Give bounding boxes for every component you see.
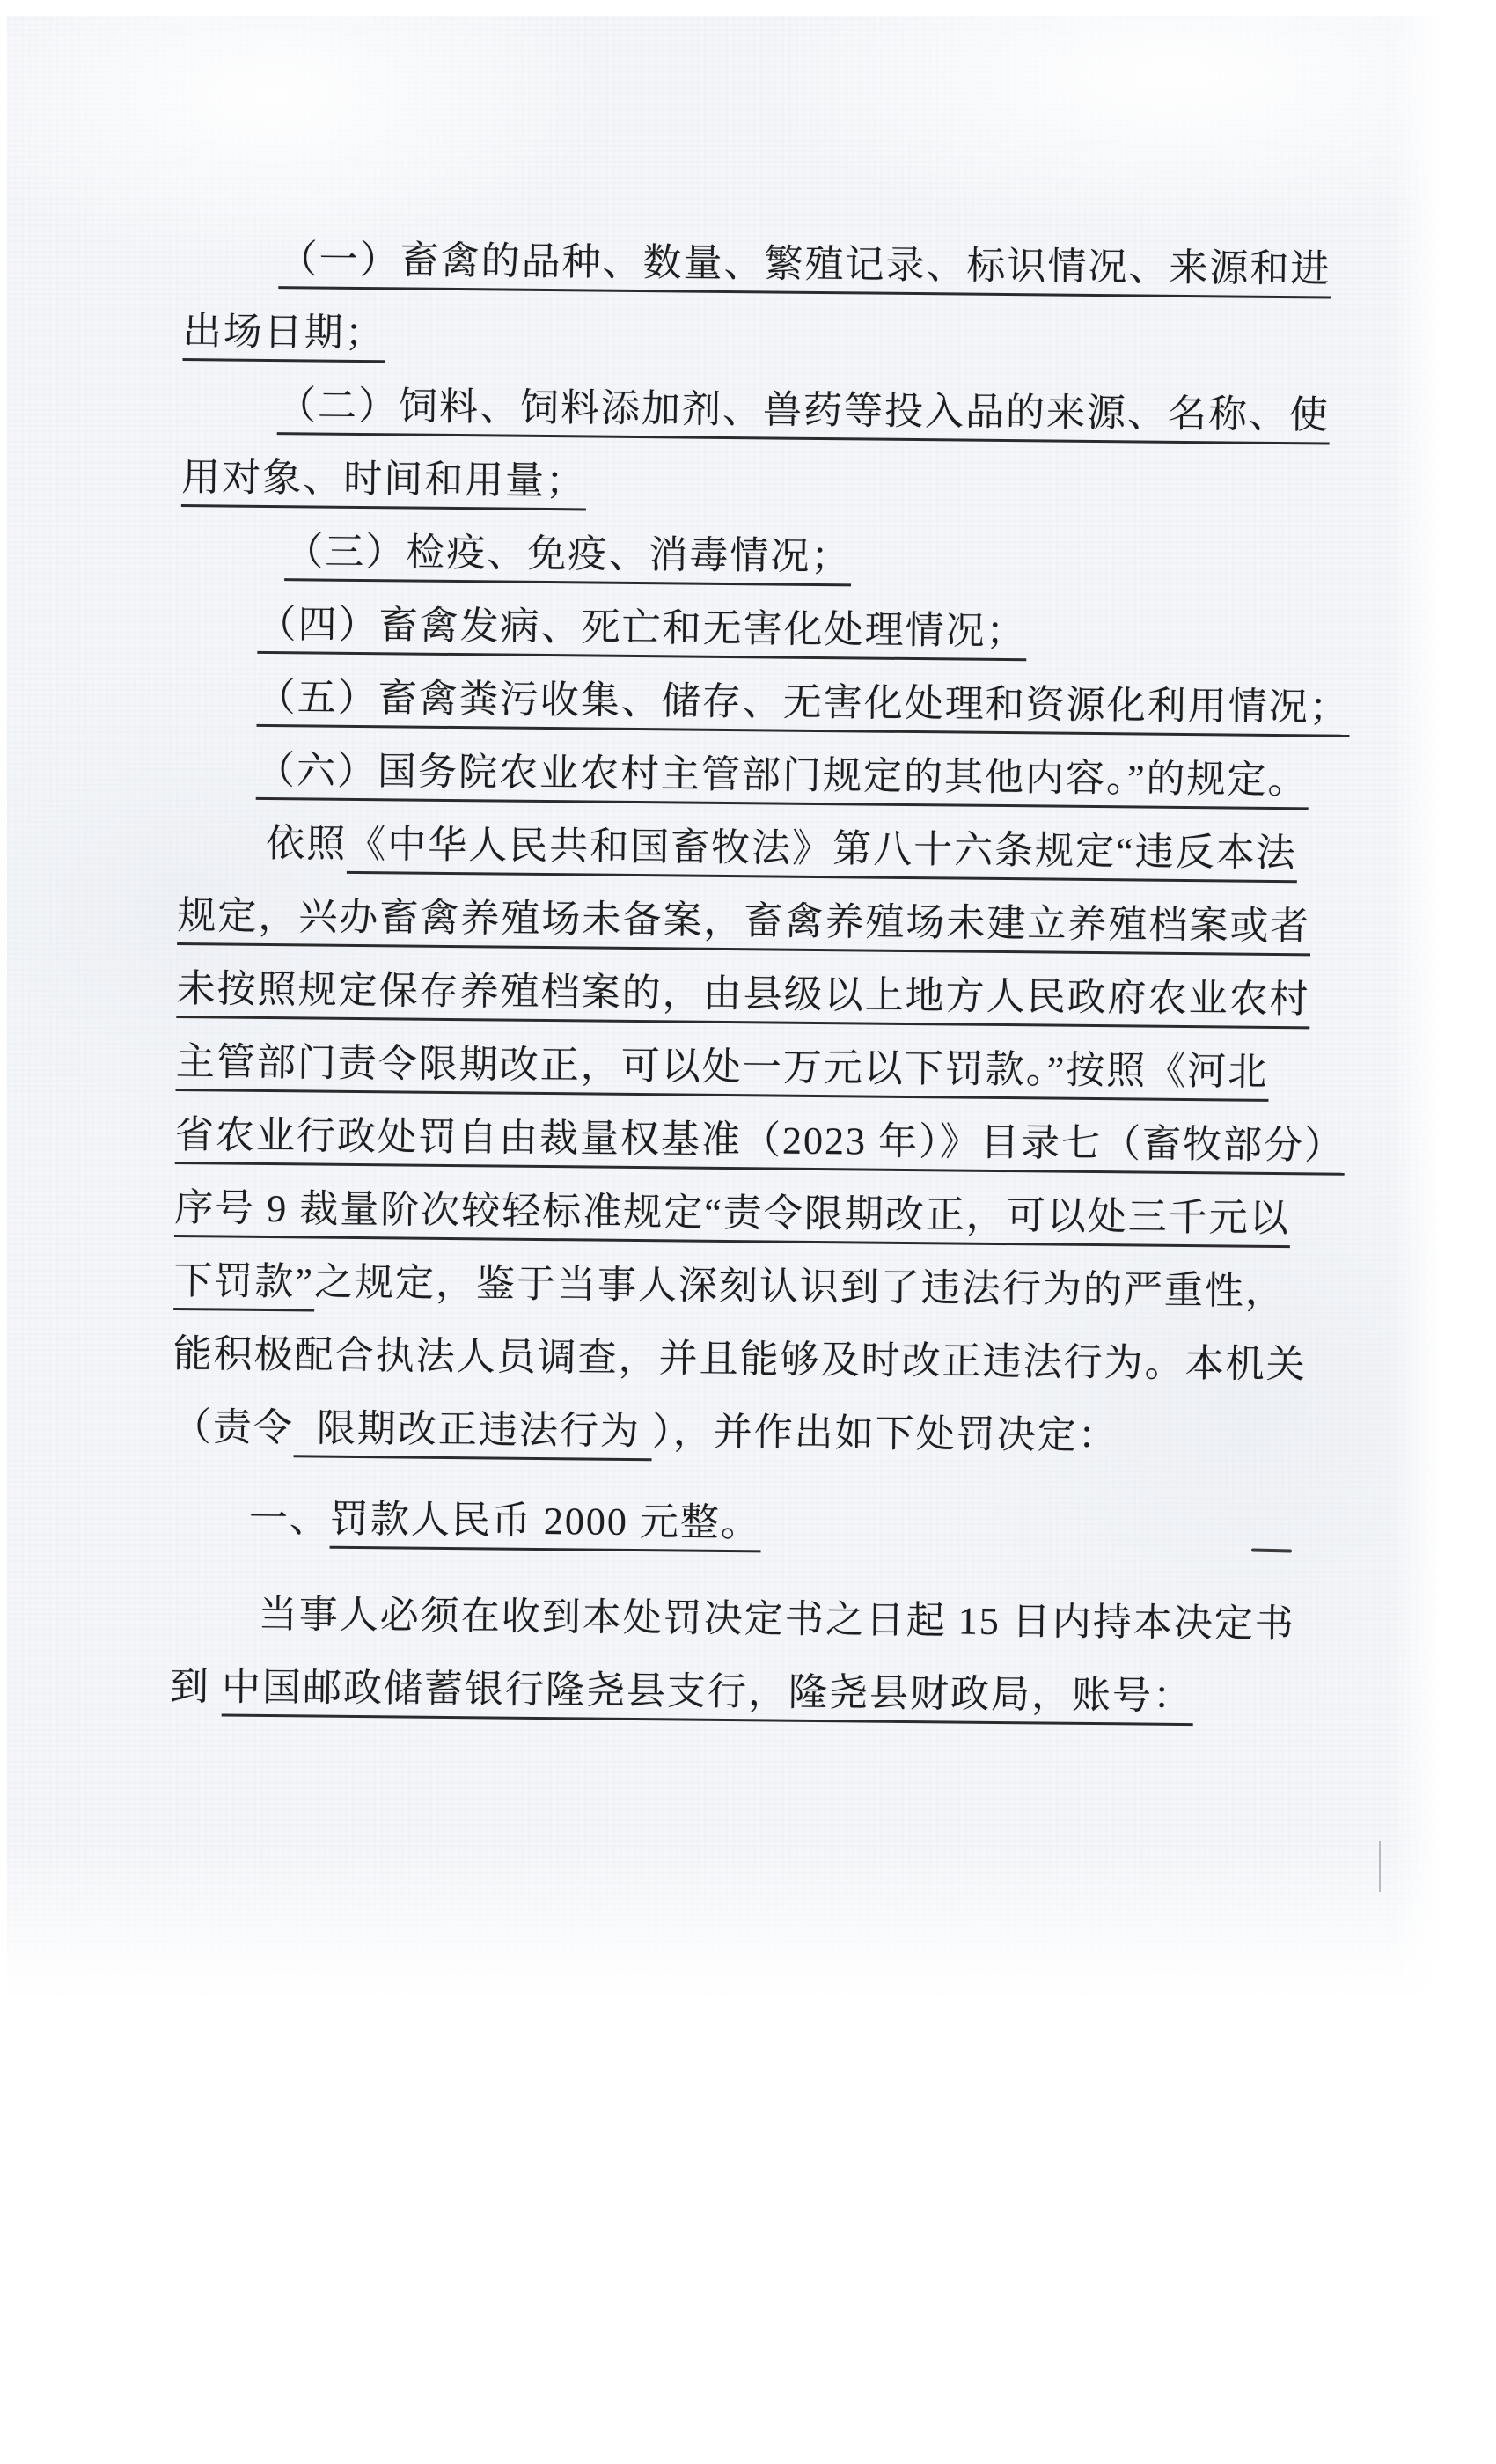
underlined-text-segment: （一）畜禽的品种、数量、繁殖记录、标识情况、来源和进 <box>278 238 1331 298</box>
underlined-text-segment: 《中华人民共和国畜牧法》第八十六条规定“违反本法 <box>347 823 1297 883</box>
text-segment: ），并作出如下处罚决定： <box>652 1410 1118 1457</box>
doc-line-4: 用对象、时间和用量； <box>181 441 1349 525</box>
document-text: （一）畜禽的品种、数量、繁殖记录、标识情况、来源和进出场日期；（二）饲料、饲料添… <box>166 222 1351 1734</box>
text-segment: 之规定，鉴于当事人深刻认识到了违法行为的严重性， <box>314 1261 1286 1314</box>
doc-line-20: 到 中国邮政储蓄银行隆尧县支行，隆尧县财政局，账号： <box>170 1650 1338 1734</box>
doc-line-19: 当事人必须在收到本处罚决定书之日起 15 日内持本决定书 <box>258 1578 1338 1661</box>
text-segment: 一、 <box>249 1497 330 1541</box>
doc-line-12: 主管部门责令限期改正，可以处一万元以下罚款。”按照《河北 <box>175 1025 1343 1110</box>
doc-line-13: 省农业行政处罚自由裁量权基准（2023 年）》目录七（畜牧部分） <box>175 1098 1343 1183</box>
underlined-text-segment: 中国邮政储蓄银行隆尧县支行，隆尧县财政局，账号： <box>222 1666 1194 1727</box>
underlined-text-segment: 下罚款” <box>173 1259 314 1312</box>
doc-line-17: （责令 限期改正违法行为 ），并作出如下处罚决定： <box>172 1390 1339 1475</box>
scan-artifact-line <box>1379 1841 1381 1892</box>
underlined-text-segment: 未按照规定保存养殖档案的，由县级以上地方人民政府农业农村 <box>176 967 1309 1029</box>
underlined-text-segment: 省农业行政处罚自由裁量权基准（2023 年）》目录七（畜牧部分） <box>175 1113 1345 1176</box>
doc-line-5: （三）检疫、免疫、消毒情况； <box>284 515 1348 598</box>
underlined-text-segment: 用对象、时间和用量； <box>181 456 587 510</box>
underlined-text-segment: 限期改正违法行为 <box>294 1406 653 1461</box>
doc-line-18: 一、罚款人民币 2000 元整。 <box>248 1482 1338 1566</box>
doc-line-3: （二）饲料、饲料添加剂、兽药等投入品的来源、名称、使 <box>277 369 1350 452</box>
doc-line-1: （一）畜禽的品种、数量、繁殖记录、标识情况、来源和进 <box>278 223 1351 306</box>
underlined-text-segment: （二）饲料、饲料添加剂、兽药等投入品的来源、名称、使 <box>277 384 1331 444</box>
doc-line-11: 未按照规定保存养殖档案的，由县级以上地方人民政府农业农村 <box>176 952 1344 1037</box>
doc-line-7: （五）畜禽粪污收集、储存、无害化处理和资源化利用情况； <box>256 661 1346 744</box>
underlined-text-segment: 主管部门责令限期改正，可以处一万元以下罚款。”按照《河北 <box>176 1040 1269 1102</box>
underlined-text-segment: （五）畜禽粪污收集、储存、无害化处理和资源化利用情况； <box>256 676 1349 737</box>
doc-line-2: 出场日期； <box>182 295 1350 379</box>
underlined-text-segment: 序号 9 裁量阶次较轻标准规定“责令限期改正，可以处三千元以 <box>174 1186 1290 1248</box>
text-segment: （责令 <box>172 1405 294 1449</box>
underlined-text-segment: （四）畜禽发病、死亡和无害化处理情况； <box>257 603 1027 661</box>
doc-line-8: （六）国务院农业农村主管部门规定的其他内容。”的规定。 <box>256 734 1346 818</box>
underlined-text-segment: 出场日期； <box>182 310 385 363</box>
doc-line-16: 能积极配合执法人员调查，并且能够及时改正违法行为。本机关 <box>172 1317 1340 1402</box>
doc-line-9: 依照《中华人民共和国畜牧法》第八十六条规定“违反本法 <box>266 807 1346 891</box>
text-segment: 到 <box>170 1665 222 1709</box>
underlined-text-segment: 罚款人民币 2000 元整。 <box>330 1498 762 1553</box>
underlined-text-segment: （三）检疫、免疫、消毒情况； <box>284 530 852 586</box>
underlined-text-segment: 规定，兴办畜禽养殖场未备案，畜禽养殖场未建立养殖档案或者 <box>177 894 1310 956</box>
text-segment: 依照 <box>266 822 347 866</box>
text-segment: 能积极配合执法人员调查，并且能够及时改正违法行为。本机关 <box>172 1332 1306 1386</box>
doc-line-14: 序号 9 裁量阶次较轻标准规定“责令限期改正，可以处三千元以 <box>174 1171 1342 1256</box>
scanned-document-page: （一）畜禽的品种、数量、繁殖记录、标识情况、来源和进出场日期；（二）饲料、饲料添… <box>0 0 1496 2464</box>
doc-line-10: 规定，兴办畜禽养殖场未备案，畜禽养殖场未建立养殖档案或者 <box>177 879 1345 964</box>
doc-line-6: （四）畜禽发病、死亡和无害化处理情况； <box>257 588 1347 671</box>
text-segment: 当事人必须在收到本处罚决定书之日起 15 日内持本决定书 <box>259 1593 1295 1646</box>
underlined-text-segment: （六）国务院农业农村主管部门规定的其他内容。”的规定。 <box>256 749 1309 810</box>
doc-line-15: 下罚款”之规定，鉴于当事人深刻认识到了违法行为的严重性， <box>173 1244 1341 1329</box>
